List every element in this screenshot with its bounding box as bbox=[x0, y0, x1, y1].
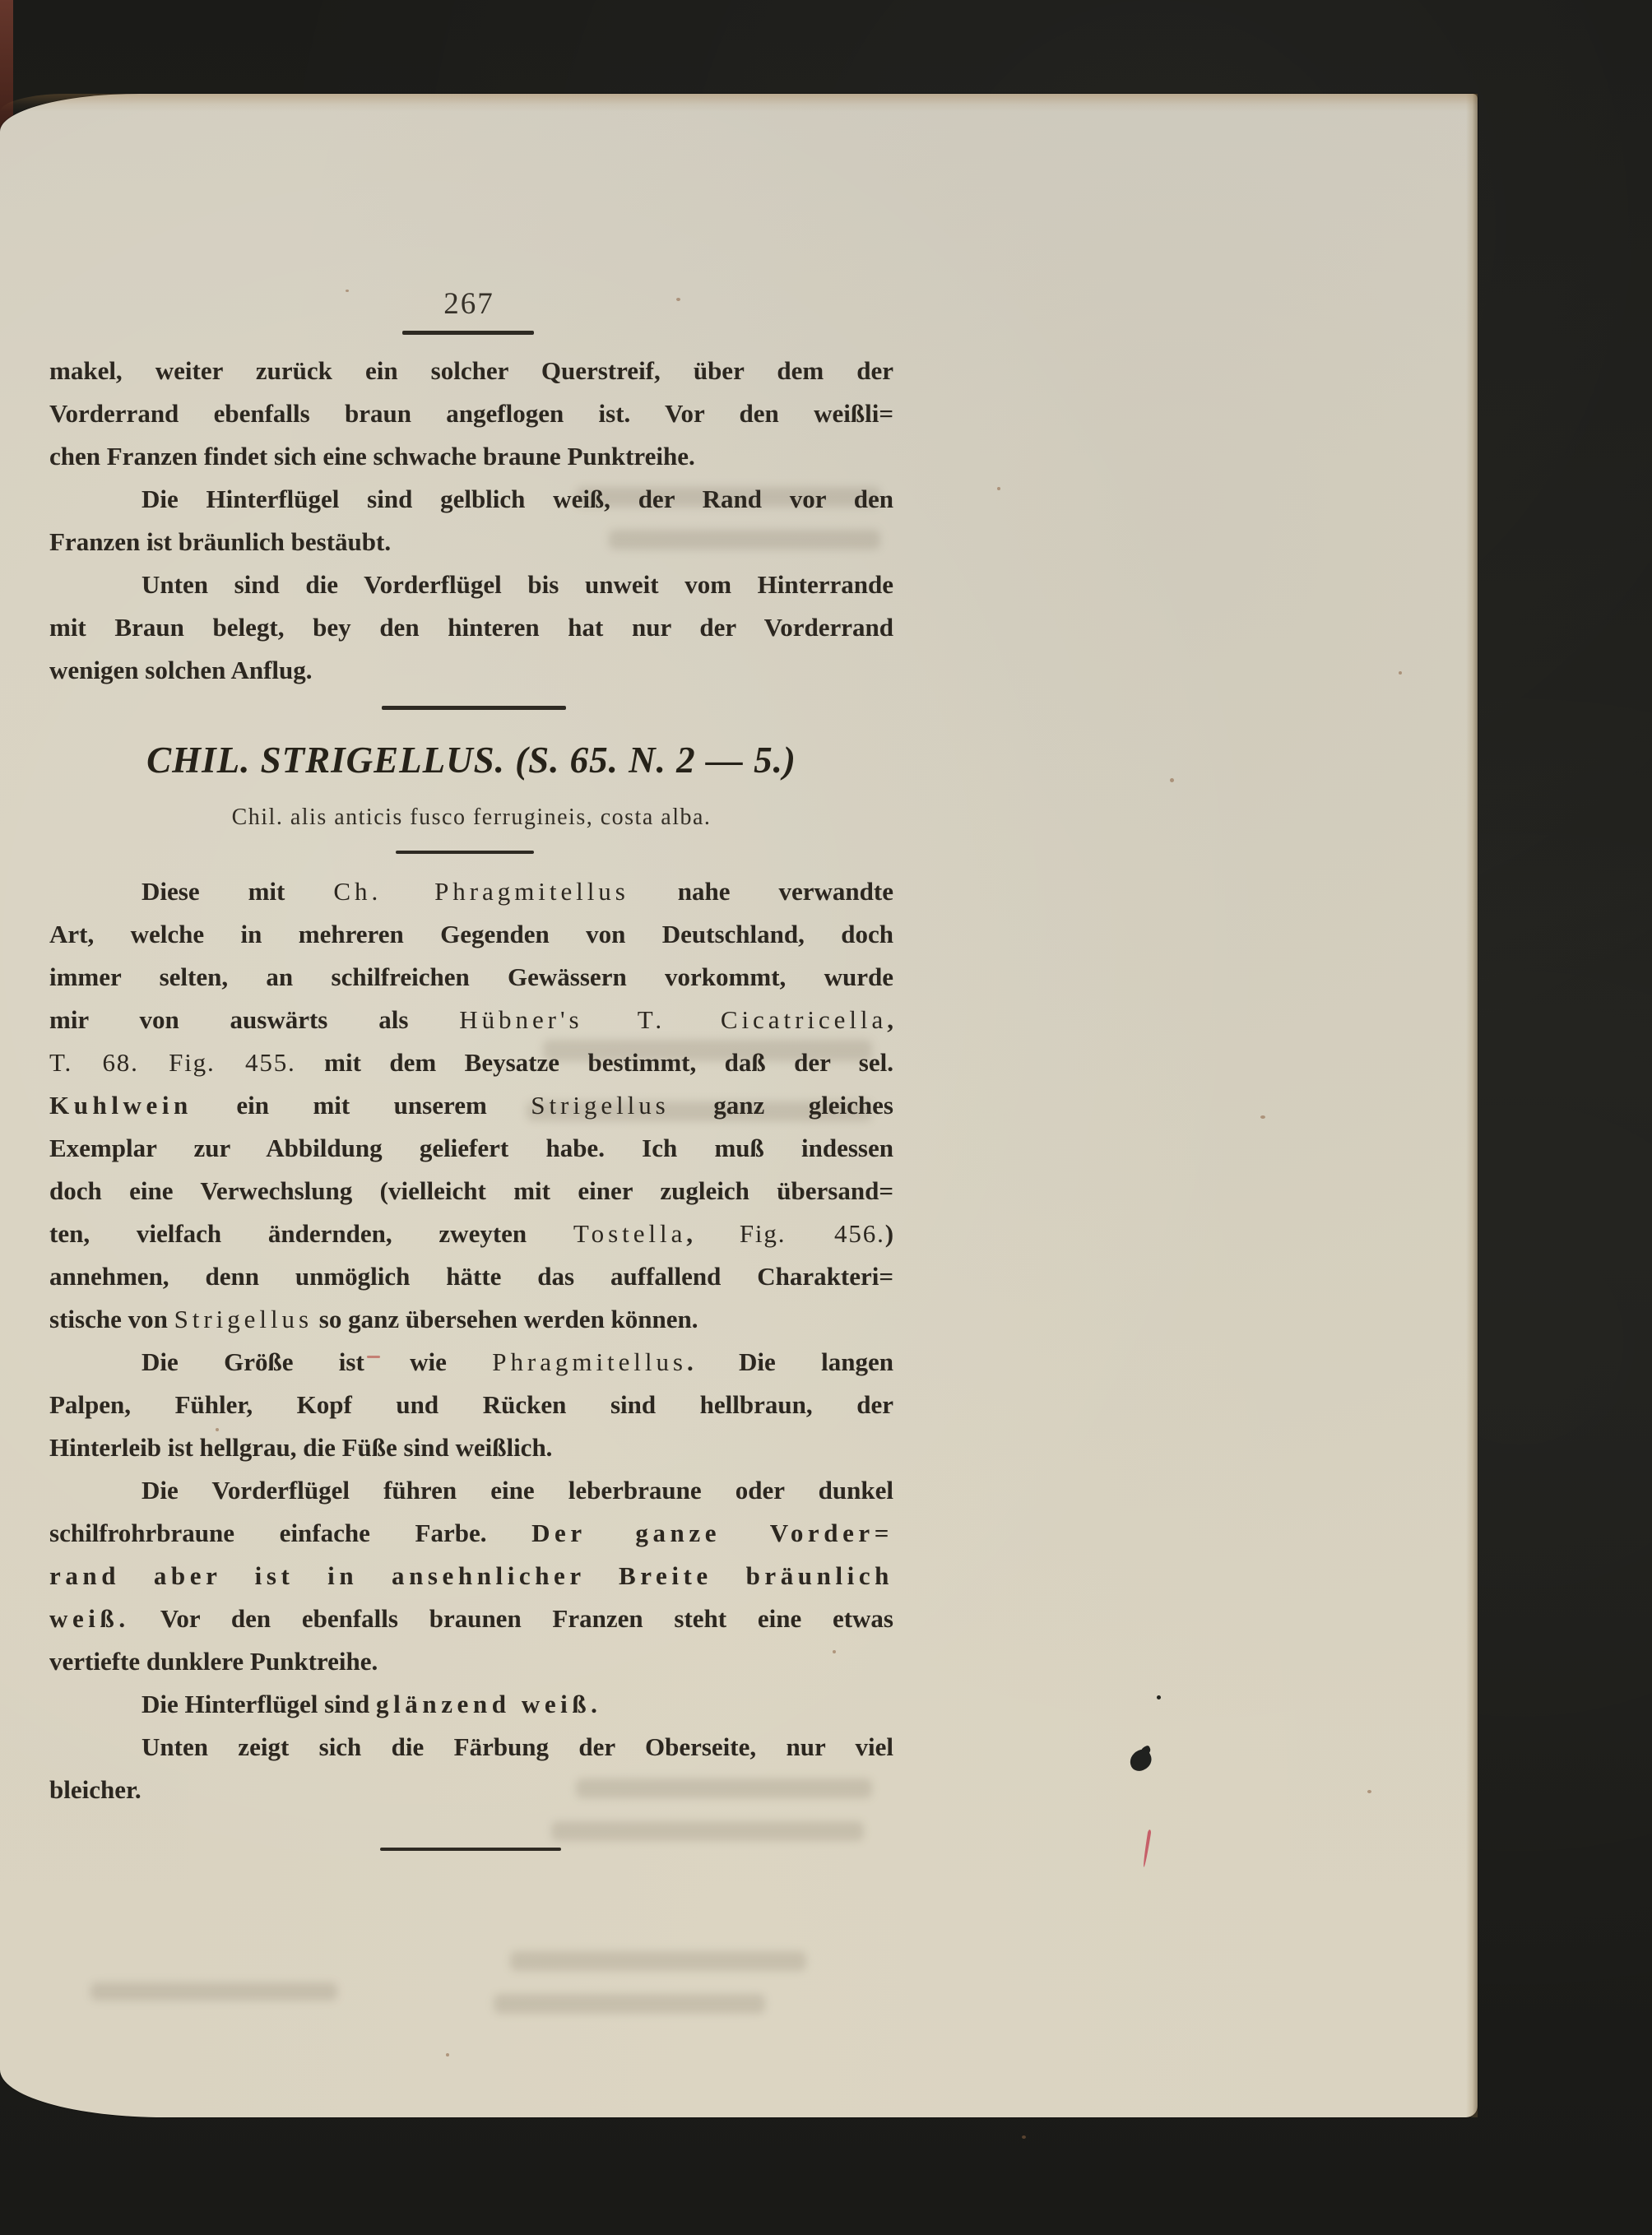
text-segment: Franzen ist bräunlich bestäubt. bbox=[49, 527, 391, 556]
text-line: stische von Strigellus so ganz übersehen… bbox=[49, 1298, 893, 1341]
body-text-block: Diese mit Ch. Phragmitellus nahe verwand… bbox=[49, 870, 893, 1811]
paper-speck bbox=[1399, 671, 1402, 675]
end-separator-rule bbox=[380, 1848, 561, 1851]
text-segment: so ganz übersehen werden können. bbox=[313, 1305, 698, 1333]
text-line: Diese mit Ch. Phragmitellus nahe verwand… bbox=[49, 870, 893, 913]
bleedthrough-text bbox=[494, 1994, 765, 2014]
page-number: 267 bbox=[378, 286, 559, 322]
text-line: mit Braun belegt, bey den hinteren hat n… bbox=[49, 606, 893, 649]
text-line: rand aber ist in ansehnlicher Breite brä… bbox=[49, 1555, 893, 1597]
text-line: Palpen, Fühler, Kopf und Rücken sind hel… bbox=[49, 1384, 893, 1426]
scanned-book-page: 267 makel, weiter zurück ein solcher Que… bbox=[0, 0, 1652, 2235]
text-segment: schilfrohrbraune einfache Farbe. bbox=[49, 1519, 531, 1547]
text-segment: immer selten, an schilfreichen Gewässern… bbox=[49, 962, 893, 991]
paper-speck bbox=[446, 2053, 449, 2056]
red-ink-artifact bbox=[367, 1356, 380, 1358]
text-segment: glänzend weiß. bbox=[376, 1690, 601, 1718]
text-line: Die Größe ist wie Phragmitellus. Die lan… bbox=[49, 1341, 893, 1384]
text-segment: Vor den ebenfalls braunen Franzen steht … bbox=[130, 1604, 893, 1633]
paper-speck bbox=[1260, 1115, 1265, 1119]
text-segment: vertiefte dunklere Punktreihe. bbox=[49, 1647, 378, 1676]
text-segment: Vorderrand ebenfalls braun angeflogen is… bbox=[49, 399, 893, 428]
text-line: mir von auswärts als Hübner's T. Cicatri… bbox=[49, 999, 893, 1041]
text-segment: Palpen, Fühler, Kopf und Rücken sind hel… bbox=[49, 1390, 893, 1419]
text-segment: ein mit unserem bbox=[193, 1091, 531, 1120]
text-segment: wenigen solchen Anflug. bbox=[49, 656, 313, 684]
text-line: Die Hinterflügel sind glänzend weiß. bbox=[49, 1683, 893, 1726]
text-segment: Ch. Phragmitellus bbox=[333, 877, 629, 906]
text-segment: , bbox=[686, 1219, 740, 1248]
text-segment: Strigellus bbox=[174, 1305, 313, 1333]
text-segment: Phragmitellus bbox=[492, 1347, 687, 1376]
text-line: annehmen, denn unmöglich hätte das auffa… bbox=[49, 1255, 893, 1298]
text-segment: chen Franzen findet sich eine schwache b… bbox=[49, 442, 695, 471]
text-line: Die Vorderflügel führen eine leberbraune… bbox=[49, 1469, 893, 1512]
diagnosis-separator-rule bbox=[396, 851, 534, 854]
text-segment: Diese mit bbox=[142, 877, 333, 906]
text-segment: Tostella bbox=[573, 1219, 686, 1248]
text-line: Die Hinterflügel sind gelblich weiß, der… bbox=[49, 478, 893, 521]
paper-speck bbox=[997, 487, 1000, 490]
section-separator-rule bbox=[382, 706, 566, 710]
upper-text-block: makel, weiter zurück ein solcher Querstr… bbox=[49, 350, 893, 692]
text-segment: ganz gleiches bbox=[670, 1091, 893, 1120]
paper-speck bbox=[1022, 2135, 1026, 2139]
text-segment: Die Hinterflügel sind bbox=[142, 1690, 376, 1718]
text-segment: Art, welche in mehreren Gegenden von Deu… bbox=[49, 920, 893, 948]
text-segment: . Die langen bbox=[687, 1347, 893, 1376]
text-segment: Unten sind die Vorderflügel bis unweit v… bbox=[142, 570, 893, 599]
text-line: Art, welche in mehreren Gegenden von Deu… bbox=[49, 913, 893, 956]
text-line: Vorderrand ebenfalls braun angeflogen is… bbox=[49, 392, 893, 435]
text-segment: Kuhlwein bbox=[49, 1091, 193, 1120]
text-segment: stische von bbox=[49, 1305, 174, 1333]
text-segment: Hinterleib ist hellgrau, die Füße sind w… bbox=[49, 1433, 552, 1462]
text-segment: rand aber ist in ansehnlicher Breite brä… bbox=[49, 1561, 893, 1590]
paper-speck bbox=[676, 298, 680, 301]
text-segment: Hübner's T. Cicatricella bbox=[459, 1005, 887, 1034]
species-heading: CHIL. STRIGELLUS. (S. 65. N. 2 — 5.) bbox=[49, 739, 893, 781]
text-line: makel, weiter zurück ein solcher Querstr… bbox=[49, 350, 893, 392]
ink-dot-stain bbox=[1157, 1695, 1161, 1699]
text-line: Hinterleib ist hellgrau, die Füße sind w… bbox=[49, 1426, 893, 1469]
species-diagnosis-latin: Chil. alis anticis fusco ferrugineis, co… bbox=[49, 805, 893, 831]
text-line: Unten sind die Vorderflügel bis unweit v… bbox=[49, 563, 893, 606]
text-segment: bleicher. bbox=[49, 1775, 142, 1804]
paper-speck bbox=[1170, 778, 1174, 782]
text-line: wenigen solchen Anflug. bbox=[49, 649, 893, 692]
text-line: Exemplar zur Abbildung geliefert habe. I… bbox=[49, 1127, 893, 1170]
text-segment: Der ganze Vorder= bbox=[531, 1519, 893, 1547]
text-line: chen Franzen findet sich eine schwache b… bbox=[49, 435, 893, 478]
text-segment: Strigellus bbox=[531, 1091, 669, 1120]
text-segment: Unten zeigt sich die Färbung der Obersei… bbox=[142, 1732, 893, 1761]
bleedthrough-text bbox=[551, 1821, 864, 1841]
text-line: Kuhlwein ein mit unserem Strigellus ganz… bbox=[49, 1084, 893, 1127]
paper-speck bbox=[1367, 1790, 1371, 1793]
text-line: doch eine Verwechslung (vielleicht mit e… bbox=[49, 1170, 893, 1213]
text-line: weiß. Vor den ebenfalls braunen Franzen … bbox=[49, 1597, 893, 1640]
text-segment: mir von auswärts als bbox=[49, 1005, 459, 1034]
bleedthrough-text bbox=[90, 1982, 337, 2001]
text-segment: Die Hinterflügel sind gelblich weiß, der… bbox=[142, 485, 893, 513]
text-segment: Fig. 456. bbox=[740, 1219, 885, 1248]
text-line: vertiefte dunklere Punktreihe. bbox=[49, 1640, 893, 1683]
text-line: bleicher. bbox=[49, 1769, 893, 1811]
text-segment: , bbox=[887, 1005, 893, 1034]
text-segment: mit Braun belegt, bey den hinteren hat n… bbox=[49, 613, 893, 642]
bleedthrough-text bbox=[510, 1951, 806, 1971]
text-segment: nahe verwandte bbox=[629, 877, 893, 906]
text-line: ten, vielfach ändernden, zweyten Tostell… bbox=[49, 1213, 893, 1255]
text-segment: Die Größe ist wie bbox=[142, 1347, 492, 1376]
paper-speck bbox=[346, 290, 349, 292]
text-segment: makel, weiter zurück ein solcher Querstr… bbox=[49, 356, 893, 385]
text-segment: mit dem Beysatze bestimmt, daß der sel. bbox=[296, 1048, 893, 1077]
text-line: T. 68. Fig. 455. mit dem Beysatze bestim… bbox=[49, 1041, 893, 1084]
text-line: immer selten, an schilfreichen Gewässern… bbox=[49, 956, 893, 999]
page-number-rule bbox=[402, 331, 534, 335]
text-line: Unten zeigt sich die Färbung der Obersei… bbox=[49, 1726, 893, 1769]
text-segment: ten, vielfach ändernden, zweyten bbox=[49, 1219, 573, 1248]
text-segment: annehmen, denn unmöglich hätte das auffa… bbox=[49, 1262, 893, 1291]
text-line: Franzen ist bräunlich bestäubt. bbox=[49, 521, 893, 563]
text-segment: doch eine Verwechslung (vielleicht mit e… bbox=[49, 1176, 893, 1205]
text-segment: T. 68. Fig. 455. bbox=[49, 1048, 296, 1077]
text-segment: weiß. bbox=[49, 1604, 130, 1633]
text-segment: ) bbox=[885, 1219, 893, 1248]
text-segment: Die Vorderflügel führen eine leberbraune… bbox=[142, 1476, 893, 1505]
text-line: schilfrohrbraune einfache Farbe. Der gan… bbox=[49, 1512, 893, 1555]
text-segment: Exemplar zur Abbildung geliefert habe. I… bbox=[49, 1134, 893, 1162]
